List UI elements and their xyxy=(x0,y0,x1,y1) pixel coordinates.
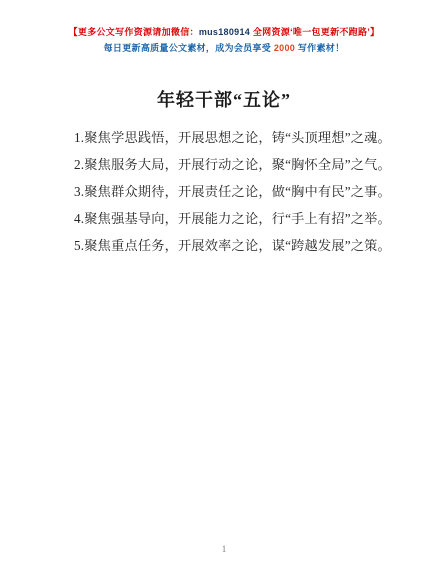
ad-line2-suffix: 写作素材！ xyxy=(295,43,344,53)
document-title: 年轻干部“五论” xyxy=(0,86,448,112)
list-item-2: 2.聚焦服务大局，开展行动之论，聚“胸怀全局”之气。 xyxy=(74,151,374,178)
list-item-3: 3.聚焦群众期待，开展责任之论，做“胸中有民”之事。 xyxy=(74,178,374,205)
ad-line1-prefix: 【更多公文写作资源请加微信： xyxy=(69,27,199,37)
header-ad-block: 【更多公文写作资源请加微信：mus180914 全网资源‘唯一包更新不跑路’】 … xyxy=(0,0,448,56)
list-item-1: 1.聚焦学思践悟，开展思想之论，铸“头顶理想”之魂。 xyxy=(74,124,374,151)
ad-line2-highlight-number: 2000 xyxy=(274,43,295,53)
document-list: 1.聚焦学思践悟，开展思想之论，铸“头顶理想”之魂。 2.聚焦服务大局，开展行动… xyxy=(74,124,374,259)
list-item-5: 5.聚焦重点任务，开展效率之论，谋“跨越发展”之策。 xyxy=(74,232,374,259)
list-item-4: 4.聚焦强基导向，开展能力之论，行“手上有招”之举。 xyxy=(74,205,374,232)
ad-line1-suffix: 全网资源‘唯一包更新不跑路’】 xyxy=(250,27,379,37)
ad-line2-prefix: 每日更新高质量公文素材，成为会员享受 xyxy=(104,43,274,53)
header-ad-line2: 每日更新高质量公文素材，成为会员享受 2000 写作素材！ xyxy=(0,42,448,56)
page-number: 1 xyxy=(0,544,448,554)
header-ad-line1: 【更多公文写作资源请加微信：mus180914 全网资源‘唯一包更新不跑路’】 xyxy=(0,26,448,40)
document-page: 【更多公文写作资源请加微信：mus180914 全网资源‘唯一包更新不跑路’】 … xyxy=(0,0,448,580)
wechat-id: mus180914 xyxy=(199,27,250,37)
